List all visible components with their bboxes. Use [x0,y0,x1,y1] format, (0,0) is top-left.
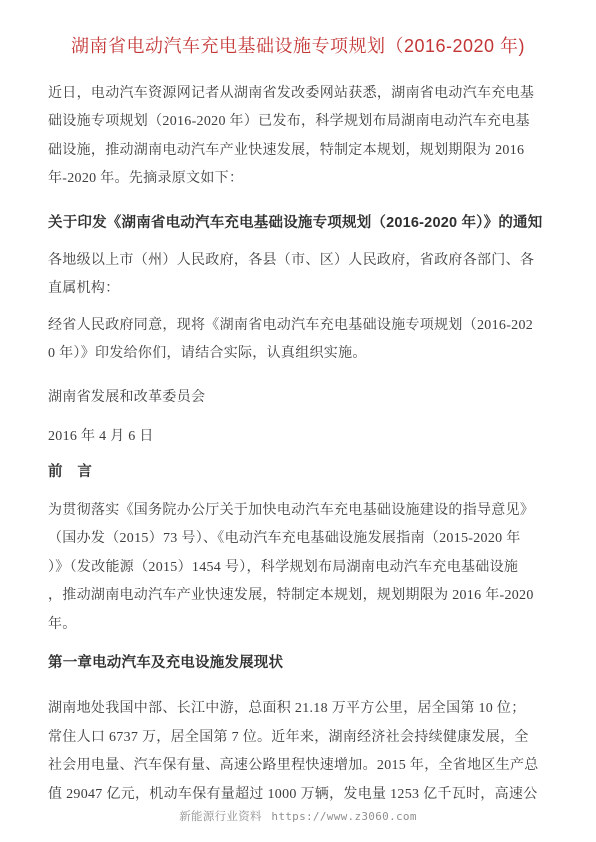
preface-paragraph: 为贯彻落实《国务院办公厅关于加快电动汽车充电基础设施建设的指导意见》 （国办发（… [48,497,548,639]
intro-paragraph: 近日，电动汽车资源网记者从湖南省发改委网站获悉，湖南省电动汽车充电基 础设施专项… [48,80,548,194]
watermark-label: 新能源行业资料 [179,811,262,823]
issuer-line: 湖南省发展和改革委员会 [48,384,548,412]
watermark-footer: 新能源行业资料 https://www.z3060.com [0,808,596,826]
chapter-1-heading: 第一章电动汽车及充电设施发展现状 [48,649,548,677]
issuance-paragraph: 经省人民政府同意，现将《湖南省电动汽车充电基础设施专项规划（2016-202 0… [48,312,548,369]
chapter-1-paragraph: 湖南地处我国中部、长江中游，总面积 21.18 万平方公里，居全国第 10 位；… [48,695,548,809]
document-body: 湖南省电动汽车充电基础设施专项规划（2016-2020 年) 近日，电动汽车资源… [0,0,596,809]
document-title: 湖南省电动汽车充电基础设施专项规划（2016-2020 年) [48,32,548,60]
preface-heading: 前 言 [48,458,548,486]
issue-date-line: 2016 年 4 月 6 日 [48,423,548,451]
addressees-paragraph: 各地级以上市（州）人民政府，各县（市、区）人民政府，省政府各部门、各 直属机构： [48,247,548,304]
notice-title-heading: 关于印发《湖南省电动汽车充电基础设施专项规划（2016-2020 年）》的通知 [48,209,548,237]
document-page: 湖南省电动汽车充电基础设施专项规划（2016-2020 年) 近日，电动汽车资源… [0,0,596,842]
watermark-url: https://www.z3060.com [271,810,416,823]
